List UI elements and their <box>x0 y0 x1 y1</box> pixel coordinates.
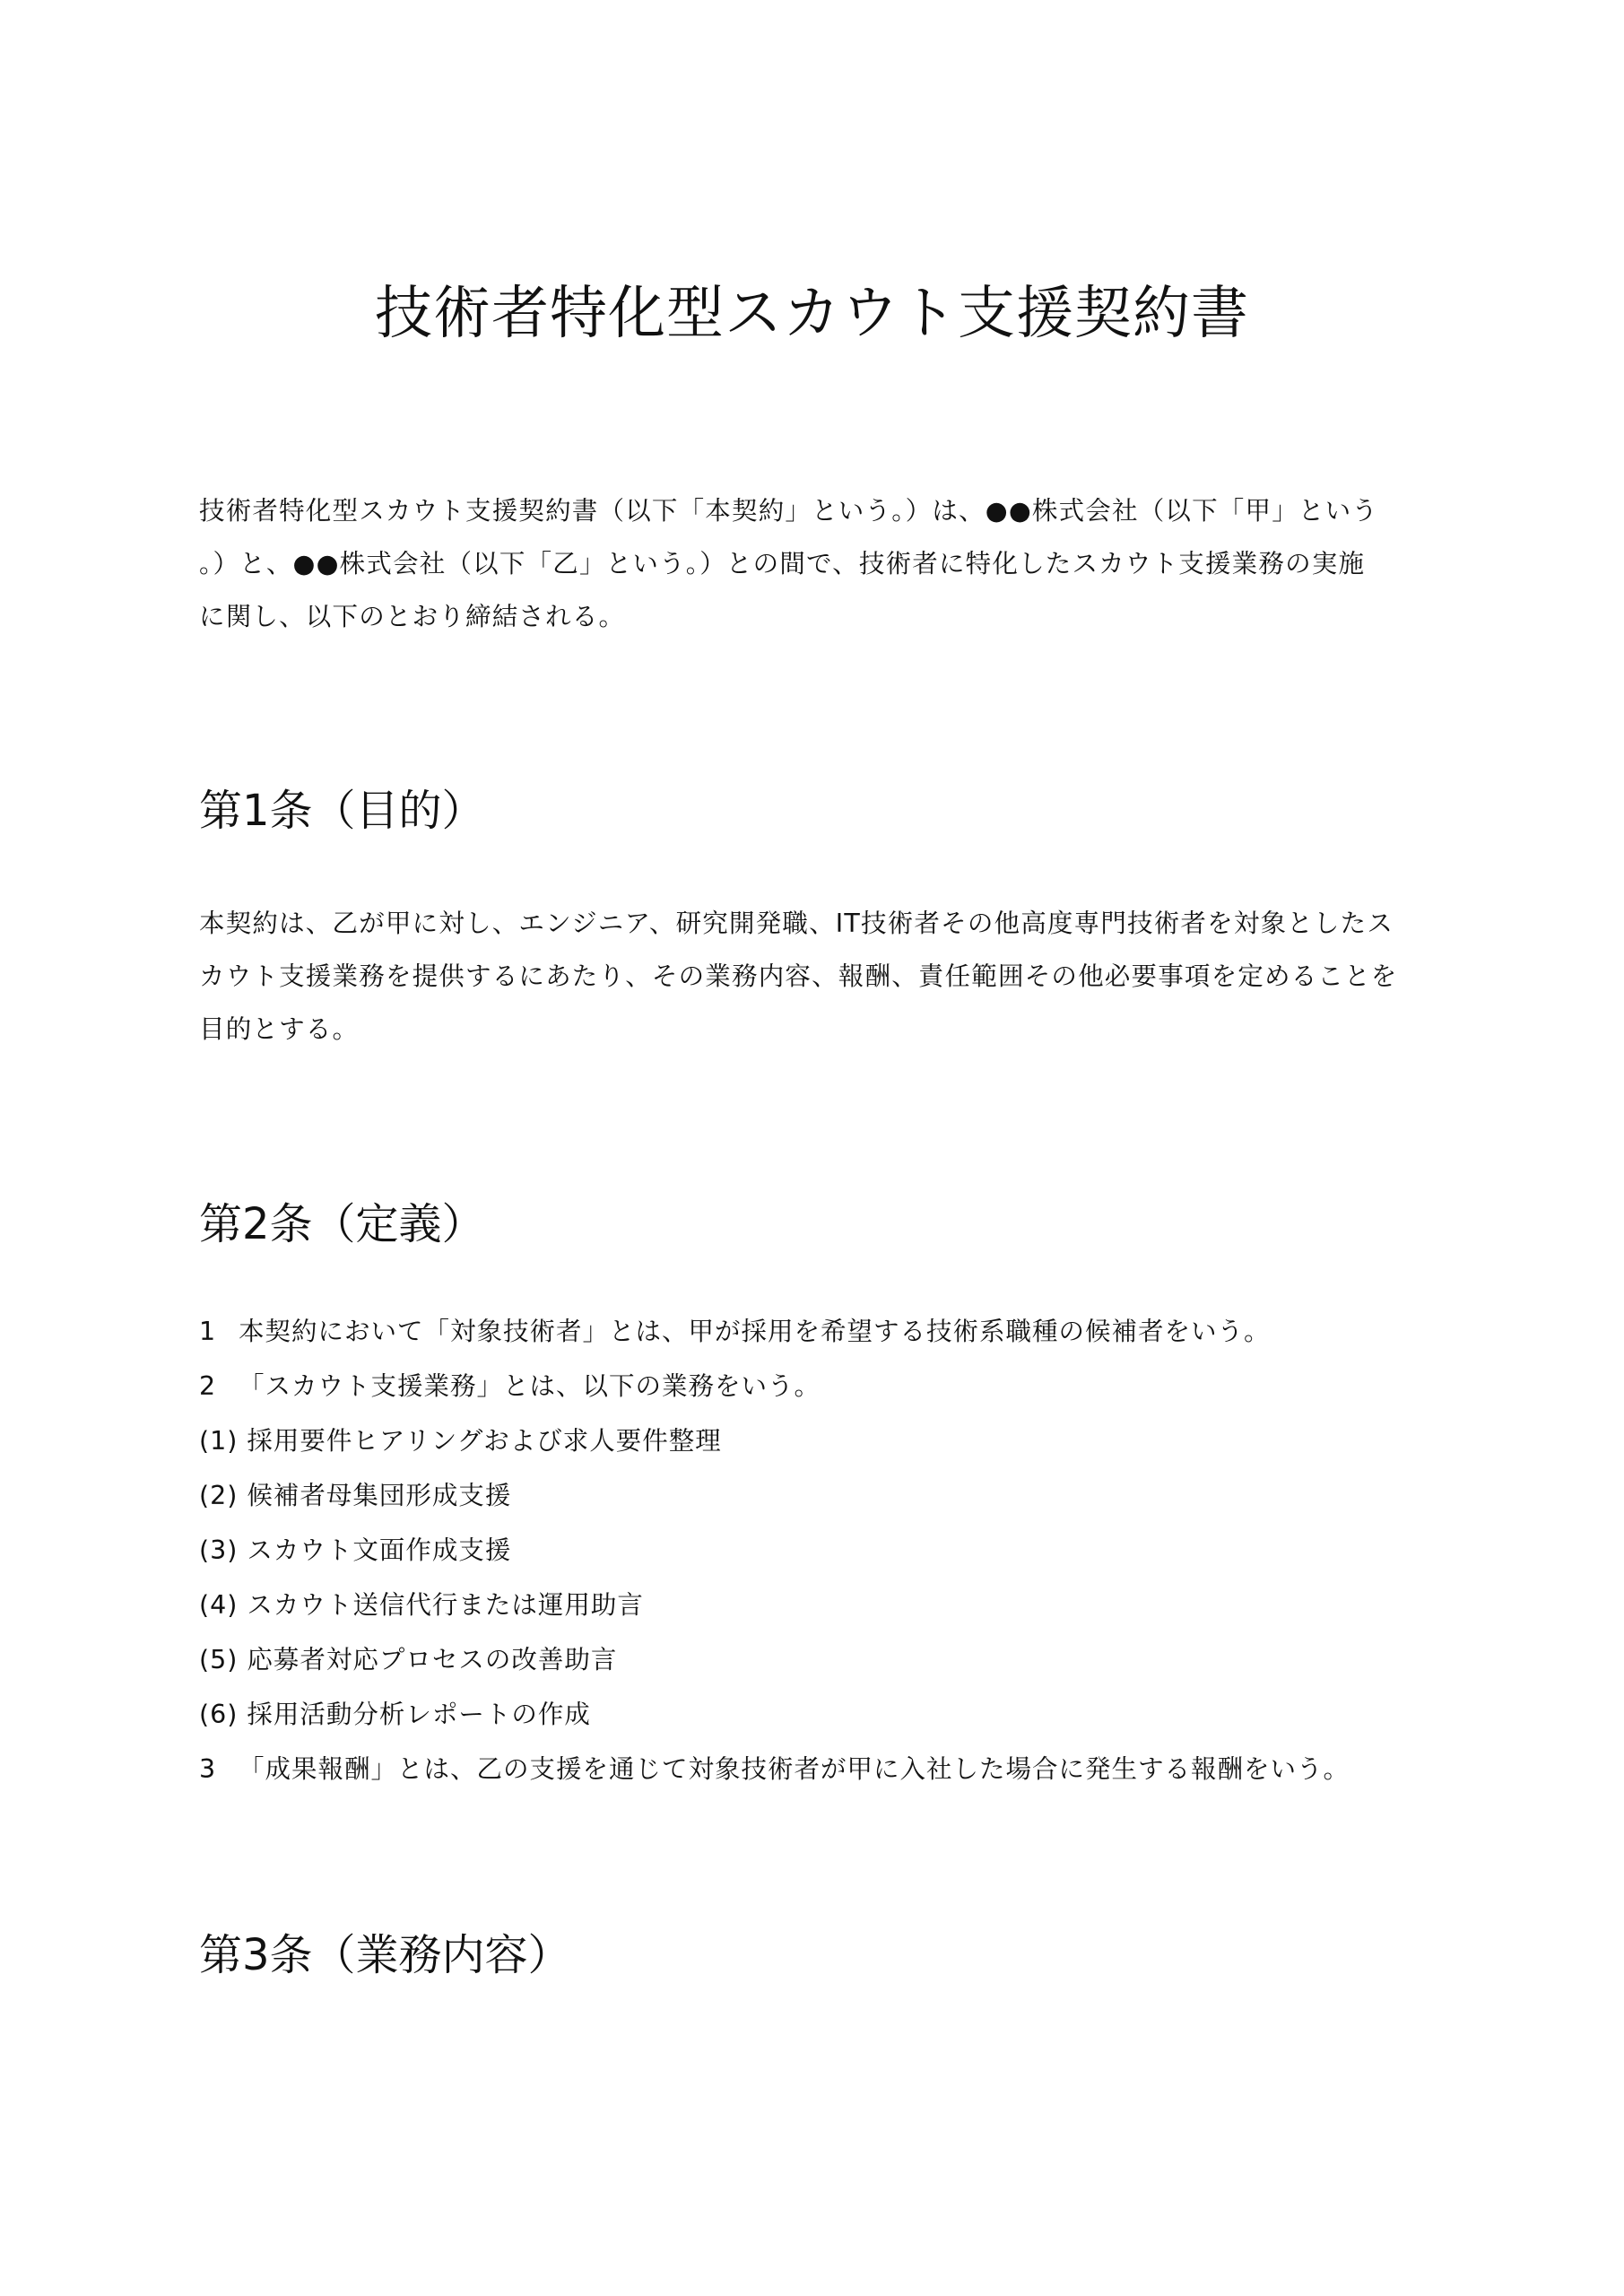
document-title: 技術者特化型スカウト支援契約書 <box>0 278 1624 350</box>
sub-item: (4) スカウト送信代行または運用助言 <box>199 1578 1455 1632</box>
sub-item: (1) 採用要件ヒアリングおよび求人要件整理 <box>199 1413 1455 1468</box>
item-text: (2) 候補者母集団形成支援 <box>199 1481 511 1510</box>
sub-item: (2) 候補者母集団形成支援 <box>199 1468 1455 1523</box>
item-text: (5) 応募者対応プロセスの改善助言 <box>199 1645 617 1674</box>
item-text: (3) スカウト文面作成支援 <box>199 1535 511 1565</box>
item-text: 「スカウト支援業務」とは、以下の業務をいう。 <box>239 1371 821 1401</box>
article-1-line: 本契約は、乙が甲に対し、エンジニア、研究開発職、IT技術者その他高度専門技術者を… <box>199 897 1437 950</box>
preamble-line: 。）と、●●株式会社（以下「乙」という。）との間で、技術者に特化したスカウト支援… <box>199 537 1437 590</box>
sub-item: (6) 採用活動分析レポートの作成 <box>199 1687 1455 1742</box>
definition-item: 3「成果報酬」とは、乙の支援を通じて対象技術者が甲に入社した場合に発生する報酬を… <box>199 1742 1455 1796</box>
article-1-heading: 第1条（目的） <box>199 784 485 838</box>
item-text: 本契約において「対象技術者」とは、甲が採用を希望する技術系職種の候補者をいう。 <box>239 1317 1271 1346</box>
article-2-definitions-list: 1本契約において「対象技術者」とは、甲が採用を希望する技術系職種の候補者をいう。… <box>199 1304 1455 1796</box>
article-1-body: 本契約は、乙が甲に対し、エンジニア、研究開発職、IT技術者その他高度専門技術者を… <box>199 897 1437 1056</box>
item-text: (6) 採用活動分析レポートの作成 <box>199 1700 591 1729</box>
definition-item: 2「スカウト支援業務」とは、以下の業務をいう。 <box>199 1359 1455 1413</box>
item-text: (1) 採用要件ヒアリングおよび求人要件整理 <box>199 1426 722 1456</box>
article-1-line: カウト支援業務を提供するにあたり、その業務内容、報酬、責任範囲その他必要事項を定… <box>199 950 1437 1003</box>
article-1-line: 目的とする。 <box>199 1003 1437 1056</box>
definition-item: 1本契約において「対象技術者」とは、甲が採用を希望する技術系職種の候補者をいう。 <box>199 1304 1455 1359</box>
item-number: 2 <box>199 1359 239 1413</box>
sub-item: (3) スカウト文面作成支援 <box>199 1523 1455 1578</box>
preamble-line: 技術者特化型スカウト支援契約書（以下「本契約」という。）は、●●株式会社（以下「… <box>199 484 1437 537</box>
item-number: 1 <box>199 1304 239 1359</box>
preamble-line: に関し、以下のとおり締結される。 <box>199 590 1437 643</box>
item-text: (4) スカウト送信代行または運用助言 <box>199 1590 644 1620</box>
preamble-paragraph: 技術者特化型スカウト支援契約書（以下「本契約」という。）は、●●株式会社（以下「… <box>199 484 1437 643</box>
item-text: 「成果報酬」とは、乙の支援を通じて対象技術者が甲に入社した場合に発生する報酬をい… <box>239 1754 1350 1784</box>
article-2-heading: 第2条（定義） <box>199 1197 485 1251</box>
article-3-heading: 第3条（業務内容） <box>199 1928 571 1982</box>
item-number: 3 <box>199 1742 239 1796</box>
sub-item: (5) 応募者対応プロセスの改善助言 <box>199 1632 1455 1687</box>
document-page: 技術者特化型スカウト支援契約書 技術者特化型スカウト支援契約書（以下「本契約」と… <box>0 0 1624 2296</box>
